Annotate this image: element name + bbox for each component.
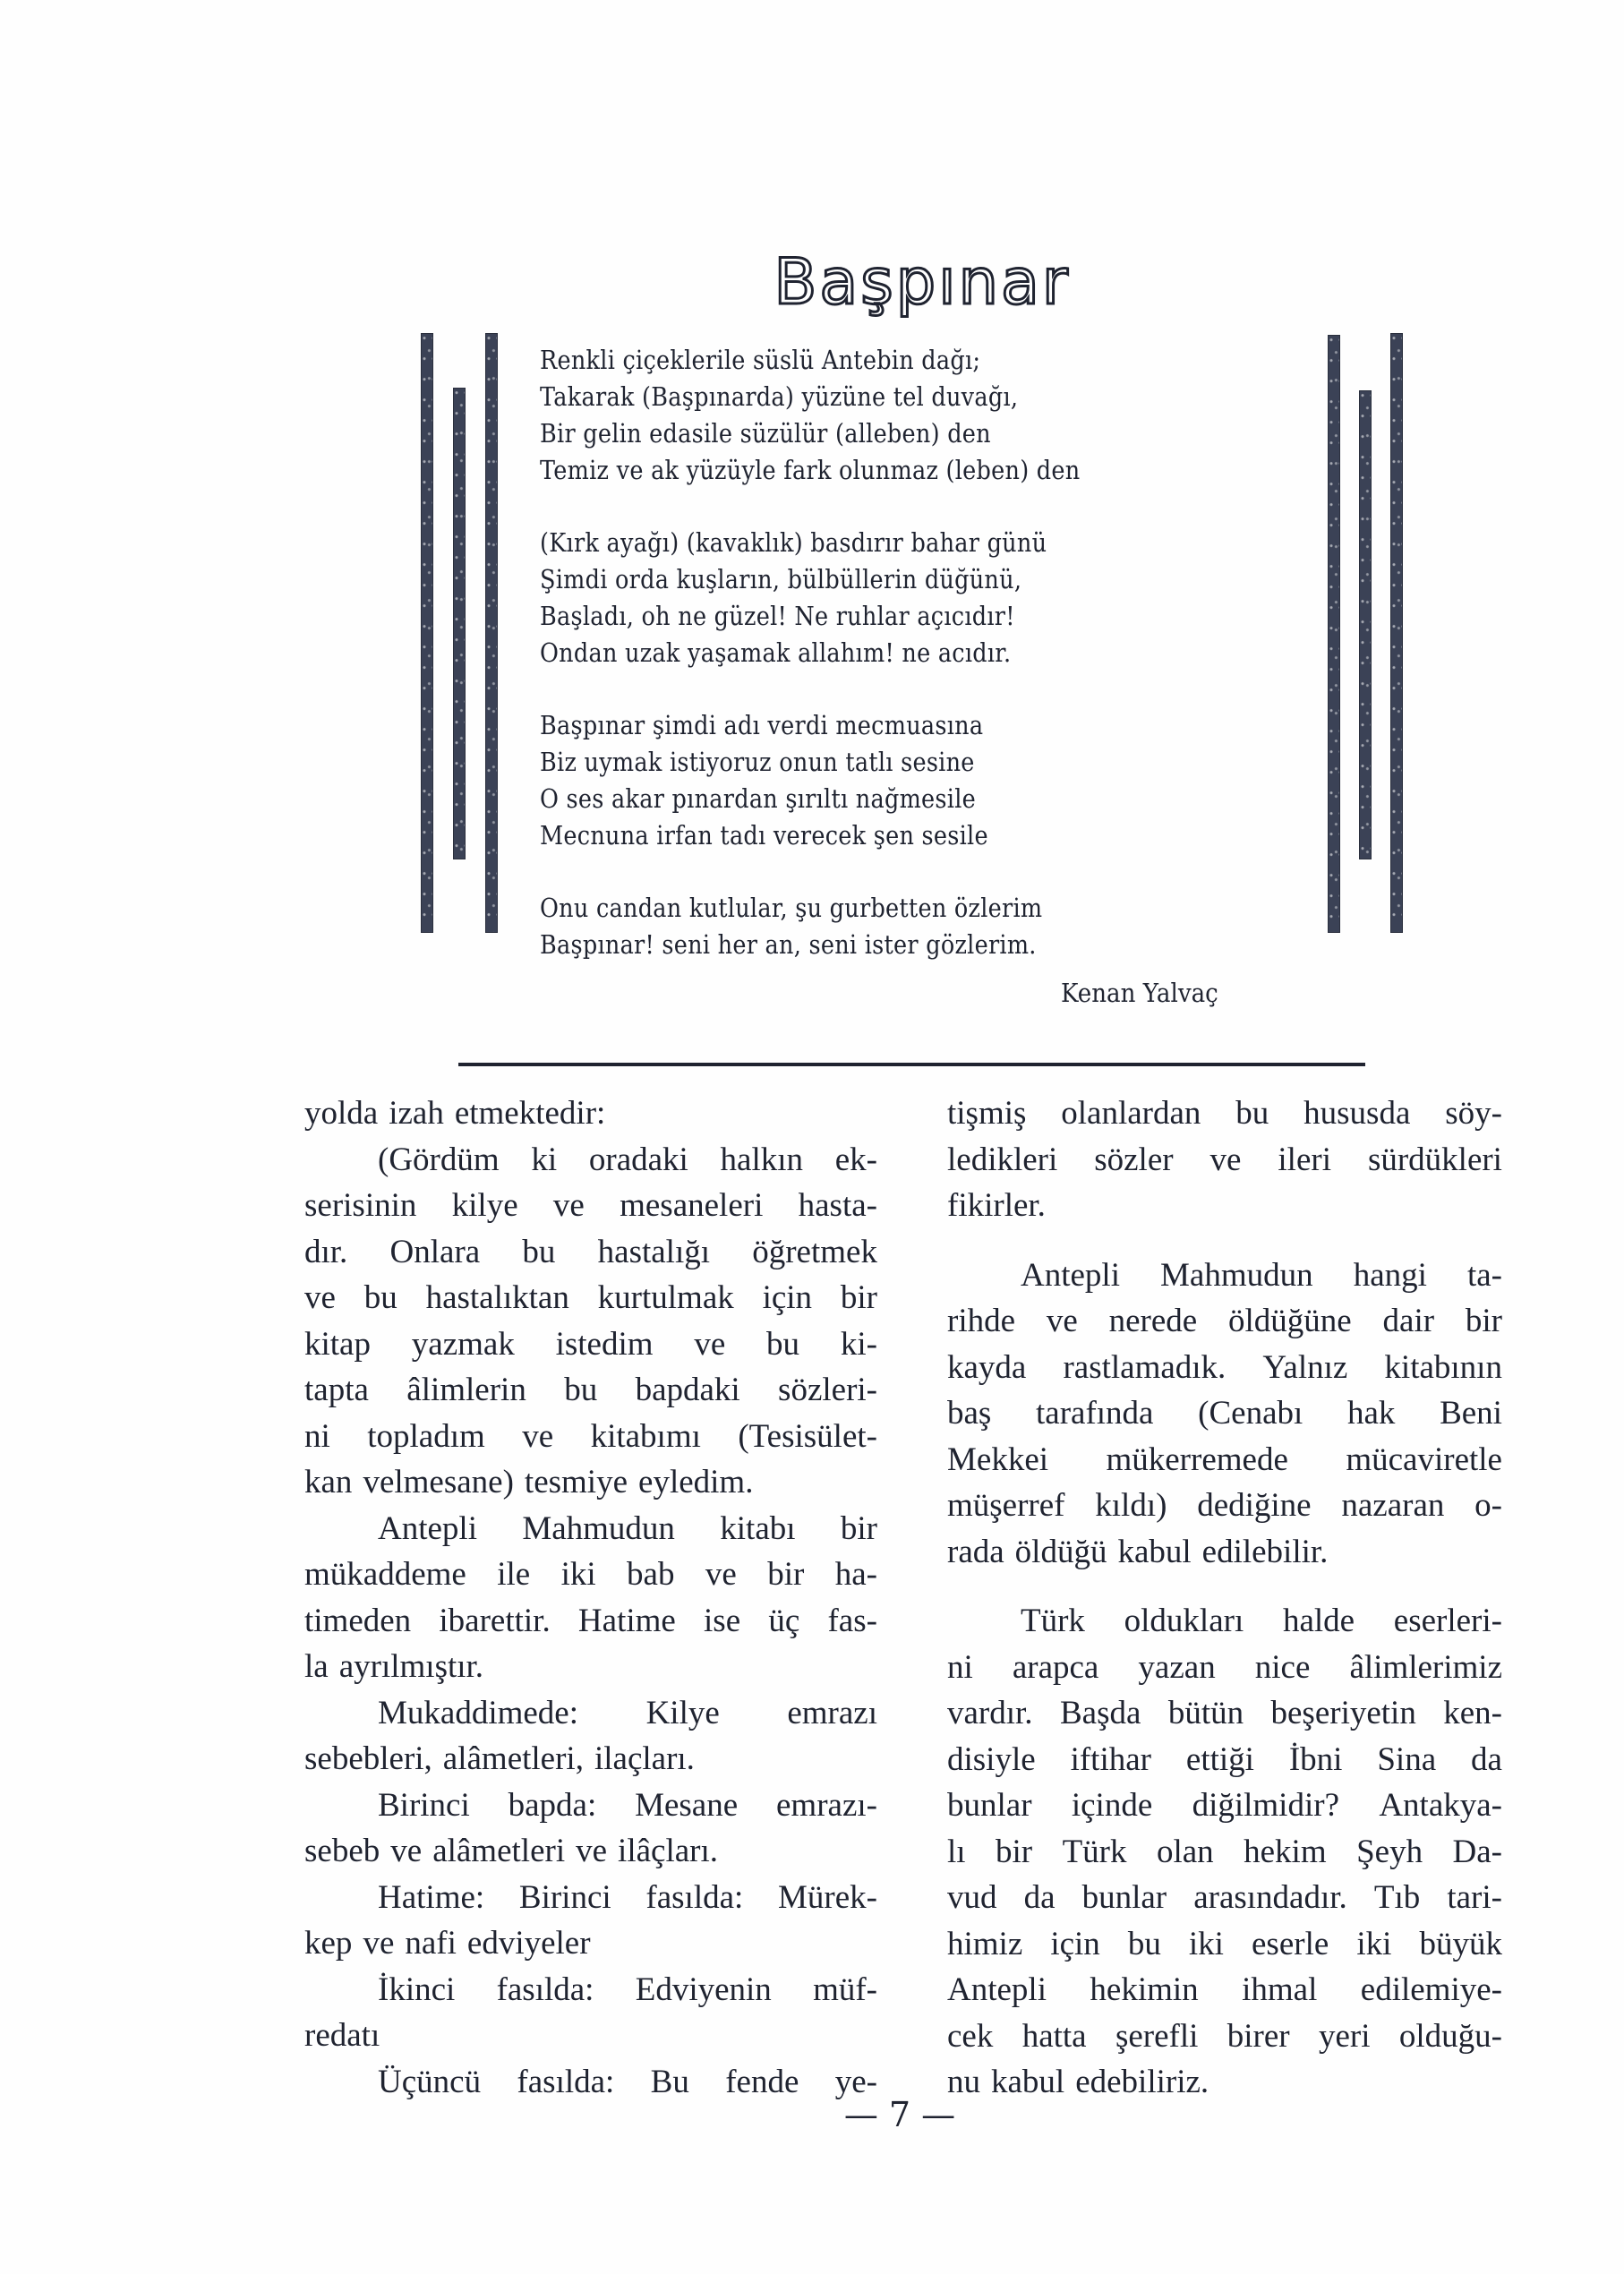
word: tapta: [304, 1367, 369, 1414]
word: kitap: [304, 1321, 371, 1368]
word: eserle: [1252, 1921, 1329, 1968]
word: yeri: [1319, 2013, 1371, 2060]
word: öldüğüne: [1228, 1298, 1352, 1345]
word: kep: [304, 1920, 352, 1967]
decorative-bar-right-inner: [1390, 333, 1403, 933]
word: yazan: [1138, 1645, 1215, 1691]
word: ha-: [835, 1552, 877, 1598]
word: kilye: [452, 1183, 518, 1229]
word: emrazı-: [776, 1782, 877, 1829]
word: bir: [841, 1506, 877, 1552]
word: iki: [1189, 1921, 1224, 1968]
word: rastlamadık.: [1063, 1345, 1226, 1391]
poem-stanza: Renkli çiçeklerile süslü Antebin dağı; T…: [540, 342, 1310, 489]
word: bütün: [1168, 1690, 1244, 1737]
word: nafi: [405, 1920, 457, 1967]
poem-line: Şimdi orda kuşların, bülbüllerin düğünü,: [540, 561, 1218, 598]
text-line: tişmişolanlardanbuhususdasöy-: [947, 1090, 1513, 1137]
word: etmektedir:: [455, 1090, 606, 1137]
word: hekim: [1244, 1829, 1326, 1876]
word: kurtulmak: [598, 1275, 734, 1321]
word: kitabının: [1384, 1345, 1502, 1391]
word: alâmetleri: [432, 1828, 565, 1875]
poem-body: Renkli çiçeklerile süslü Antebin dağı; T…: [540, 342, 1310, 999]
word: ve: [576, 1828, 607, 1875]
decorative-bar-right-outer: [1328, 335, 1340, 933]
word: redatı: [304, 2013, 380, 2059]
word: ta-: [1467, 1252, 1502, 1299]
word: ve: [694, 1321, 725, 1368]
text-line: kanvelmesane)tesmiyeeyledim.: [304, 1459, 888, 1506]
word: öldüğü: [1015, 1529, 1107, 1576]
article-column-left: yoldaizahetmektedir:(Gördümkioradakihalk…: [304, 1090, 888, 2105]
poem-line: O ses akar pınardan şırıltı nağmesile: [540, 781, 1218, 817]
word: (Tesisület-: [738, 1414, 877, 1460]
word: ile: [497, 1552, 530, 1598]
word: ve: [522, 1414, 553, 1460]
text-line: Birincibapda:Mesaneemrazı-: [304, 1782, 888, 1829]
word: emrazı: [787, 1690, 877, 1737]
word: olan: [1157, 1829, 1214, 1876]
word: nerede: [1109, 1298, 1198, 1345]
word: dır.: [304, 1229, 347, 1276]
document-page: Başpınar Renkli çiçeklerile süslü Antebi…: [0, 0, 1624, 2274]
word: Onlara: [390, 1229, 481, 1276]
text-line: kepvenafiedviyeler: [304, 1920, 888, 1967]
word: Birinci: [378, 1782, 470, 1829]
text-line: kaydarastlamadık.Yalnızkitabının: [947, 1345, 1513, 1391]
word: için: [1050, 1921, 1099, 1968]
word: ilâçları.: [618, 1828, 718, 1875]
word: Antepli: [947, 1967, 1047, 2013]
word: Türk: [1063, 1829, 1127, 1876]
word: Hatime:: [378, 1875, 484, 1921]
word: halkın: [721, 1137, 803, 1184]
text-line: vuddabunlararasındadır.Tıbtari-: [947, 1875, 1513, 1921]
word: eserleri-: [1394, 1598, 1502, 1645]
word: Beni: [1440, 1390, 1502, 1437]
word: Mesane: [635, 1782, 738, 1829]
word: nice: [1255, 1645, 1311, 1691]
word: ihmal: [1242, 1967, 1317, 2013]
word: Tıb: [1374, 1875, 1420, 1921]
word: Antepli: [378, 1506, 477, 1552]
text-line: lediklerisözlerveilerisürdükleri: [947, 1137, 1513, 1184]
word: Hatime: [578, 1598, 676, 1645]
word: bir: [1466, 1298, 1502, 1345]
text-line: bunlariçindediğilmidir?Antakya-: [947, 1782, 1513, 1829]
poem-stanza: (Kırk ayağı) (kavaklık) basdırır bahar g…: [540, 525, 1310, 671]
word: birer: [1227, 2013, 1290, 2060]
word: bab: [627, 1552, 674, 1598]
text-line: müşerrefkıldı)dediğinenazarano-: [947, 1483, 1513, 1529]
word: kıldı): [1095, 1483, 1167, 1529]
word: öğretmek: [752, 1229, 877, 1276]
decorative-bar-right-middle: [1359, 390, 1372, 859]
word: arapca: [1013, 1645, 1099, 1691]
text-line: Türkolduklarıhaldeeserleri-: [947, 1598, 1513, 1645]
word: kan: [304, 1459, 352, 1506]
text-line: nukabuledebiliriz.: [947, 2059, 1513, 2106]
poem-line: Ondan uzak yaşamak allahım! ne acıdır.: [540, 635, 1218, 671]
word: tişmiş: [947, 1090, 1026, 1137]
word: Mahmudun: [522, 1506, 675, 1552]
word: hekimin: [1090, 1967, 1198, 2013]
word: oldukları: [1124, 1598, 1244, 1645]
text-line: Mekkeimükerremedemücaviretle: [947, 1437, 1513, 1483]
word: ayrılmıştır.: [339, 1644, 483, 1690]
word: bunlar: [1082, 1875, 1167, 1921]
word: baş: [947, 1390, 991, 1437]
word: mükerremede: [1106, 1437, 1287, 1483]
paragraph-gap: [947, 1575, 1513, 1598]
word: iki: [1356, 1921, 1391, 1968]
word: İkinci: [378, 1967, 455, 2013]
poem-line: Renkli çiçeklerile süslü Antebin dağı;: [540, 342, 1218, 379]
word: tesmiye: [525, 1459, 628, 1506]
word: Kilye: [646, 1690, 720, 1737]
word: Antakya-: [1379, 1782, 1502, 1829]
poem-stanza: Onu candan kutlular, şu gurbetten özleri…: [540, 890, 1310, 963]
word: İbni: [1289, 1737, 1343, 1783]
text-line: vardır.Başdabütünbeşeriyetinken-: [947, 1690, 1513, 1737]
word: Sina: [1377, 1737, 1436, 1783]
word: mesaneleri: [620, 1183, 763, 1229]
word: bu: [1128, 1921, 1161, 1968]
word: yolda: [304, 1090, 378, 1137]
word: hususda: [1303, 1090, 1410, 1137]
word: sebeb: [304, 1828, 380, 1875]
word: ek-: [835, 1137, 877, 1184]
poem-line: Temiz ve ak yüzüyle fark olunmaz (leben)…: [540, 452, 1218, 489]
word: yazmak: [412, 1321, 515, 1368]
decorative-bar-left-middle: [453, 388, 466, 859]
word: kabul: [991, 2059, 1064, 2106]
word: edebiliriz.: [1075, 2059, 1209, 2106]
word: fasılda:: [645, 1875, 743, 1921]
word: Birinci: [519, 1875, 611, 1921]
word: şerefli: [1115, 2013, 1198, 2060]
word: Başda: [1060, 1690, 1141, 1737]
word: vud: [947, 1875, 997, 1921]
word: olduğu-: [1399, 2013, 1502, 2060]
text-line: radaöldüğükabuledilebilir.: [947, 1529, 1513, 1576]
text-line: fikirler.: [947, 1183, 1513, 1229]
word: Mahmudun: [1160, 1252, 1313, 1299]
word: bu: [364, 1275, 397, 1321]
word: topladım: [367, 1414, 485, 1460]
word: müf-: [813, 1967, 877, 2013]
word: Bu: [651, 2059, 689, 2106]
word: kabul: [1117, 1529, 1191, 1576]
word: ileri: [1278, 1137, 1331, 1184]
word: ledikleri: [947, 1137, 1057, 1184]
word: da: [1471, 1737, 1502, 1783]
word: sebebleri,: [304, 1736, 432, 1782]
text-line: kitapyazmakistedimvebuki-: [304, 1321, 888, 1368]
word: izah: [389, 1090, 444, 1137]
word: ve: [363, 1920, 394, 1967]
word: da: [1024, 1875, 1056, 1921]
poem-line: Başpınar! seni her an, seni ister gözler…: [540, 927, 1218, 963]
word: diğilmidir?: [1192, 1782, 1339, 1829]
poem-stanza: Başpınar şimdi adı verdi mecmuasına Biz …: [540, 707, 1310, 854]
word: Şeyh: [1356, 1829, 1423, 1876]
word: rada: [947, 1529, 1004, 1576]
word: sözler: [1094, 1137, 1173, 1184]
word: ise: [704, 1598, 740, 1645]
poem-title: Başpınar: [734, 242, 1110, 322]
word: fasılda:: [517, 2059, 614, 2106]
text-line: cekhattaşereflibireryeriolduğu-: [947, 2013, 1513, 2060]
word: bunlar: [947, 1782, 1032, 1829]
word: tari-: [1447, 1875, 1502, 1921]
word: lı: [947, 1829, 966, 1876]
word: ettiği: [1186, 1737, 1254, 1783]
word: üç: [768, 1598, 799, 1645]
word: bapda:: [509, 1782, 597, 1829]
poem-line: Onu candan kutlular, şu gurbetten özleri…: [540, 890, 1218, 927]
text-line: vebuhastalıktankurtulmakiçinbir: [304, 1275, 888, 1321]
word: bu: [522, 1229, 555, 1276]
word: içinde: [1072, 1782, 1152, 1829]
word: bir: [841, 1275, 877, 1321]
text-line: niarapcayazanniceâlimlerimiz: [947, 1645, 1513, 1691]
text-line: lıbirTürkolanhekimŞeyhDa-: [947, 1829, 1513, 1876]
word: rihde: [947, 1298, 1015, 1345]
word: kitabımı: [591, 1414, 701, 1460]
word: ve: [553, 1183, 585, 1229]
word: dediğine: [1197, 1483, 1311, 1529]
text-line: İkincifasılda:Edviyeninmüf-: [304, 1967, 888, 2013]
poem-line: (Kırk ayağı) (kavaklık) basdırır bahar g…: [540, 525, 1218, 561]
word: hastalığı: [598, 1229, 710, 1276]
word: kitabı: [720, 1506, 795, 1552]
word: Mürek-: [778, 1875, 877, 1921]
text-line: mükaddemeileikibabvebirha-: [304, 1552, 888, 1598]
word: serisinin: [304, 1183, 416, 1229]
text-line: timedenibarettir.Hatimeiseüçfas-: [304, 1598, 888, 1645]
text-line: sebebleri,alâmetleri,ilaçları.: [304, 1736, 888, 1782]
word: hatta: [1022, 2013, 1087, 2060]
word: bu: [1235, 1090, 1269, 1137]
poem-line: Bir gelin edasile süzülür (alleben) den: [540, 415, 1218, 452]
word: disiyle: [947, 1737, 1036, 1783]
word: fikirler.: [947, 1183, 1046, 1229]
text-line: Anteplihekiminihmaledilemiye-: [947, 1967, 1513, 2013]
word: olanlardan: [1061, 1090, 1201, 1137]
text-line: (Gördümkioradakihalkınek-: [304, 1137, 888, 1184]
word: sürdükleri: [1368, 1137, 1502, 1184]
word: halde: [1283, 1598, 1355, 1645]
word: istedim: [556, 1321, 654, 1368]
text-line: AntepliMahmudunhangita-: [947, 1252, 1513, 1299]
word: edilemiye-: [1361, 1967, 1502, 2013]
word: iftihar: [1071, 1737, 1151, 1783]
word: büyük: [1419, 1921, 1502, 1968]
word: Türk: [1021, 1598, 1085, 1645]
word: âlimlerin: [406, 1367, 526, 1414]
word: beşeriyetin: [1271, 1690, 1416, 1737]
word: hastalıktan: [426, 1275, 569, 1321]
word: ve: [1210, 1137, 1242, 1184]
word: bir: [767, 1552, 804, 1598]
text-line: Hatime:Birincifasılda:Mürek-: [304, 1875, 888, 1921]
word: nazaran: [1341, 1483, 1444, 1529]
word: bu: [766, 1321, 799, 1368]
word: ve: [304, 1275, 336, 1321]
word: bapdaki: [636, 1367, 740, 1414]
word: ki: [531, 1137, 557, 1184]
text-line: Mukaddimede:Kilyeemrazı: [304, 1690, 888, 1737]
word: ilaçları.: [594, 1736, 695, 1782]
word: mükaddeme: [304, 1552, 466, 1598]
poem-line: Başladı, oh ne güzel! Ne ruhlar açıcıdır…: [540, 598, 1218, 635]
word: dair: [1383, 1298, 1435, 1345]
word: ni: [947, 1645, 973, 1691]
word: tarafında: [1036, 1390, 1153, 1437]
word: la: [304, 1644, 329, 1690]
poem-line: Takarak (Başpınarda) yüzüne tel duvağı,: [540, 379, 1218, 415]
word: mücaviretle: [1346, 1437, 1502, 1483]
word: ibarettir.: [439, 1598, 550, 1645]
poem-line: Mecnuna irfan tadı verecek şen sesile: [540, 817, 1218, 854]
text-line: laayrılmıştır.: [304, 1644, 888, 1690]
word: ve: [390, 1828, 422, 1875]
word: ve: [705, 1552, 737, 1598]
word: ki-: [841, 1321, 877, 1368]
text-line: serisininkilyevemesanelerihasta-: [304, 1183, 888, 1229]
text-line: sebebvealâmetleriveilâçları.: [304, 1828, 888, 1875]
poem-line: Biz uymak istiyoruz onun tatlı sesine: [540, 744, 1218, 781]
word: ve: [1047, 1298, 1078, 1345]
word: velmesane): [363, 1459, 513, 1506]
word: himiz: [947, 1921, 1022, 1968]
word: alâmetleri,: [443, 1736, 584, 1782]
article-column-right: tişmişolanlardanbuhususdasöy-lediklerisö…: [947, 1090, 1513, 2106]
word: fas-: [827, 1598, 876, 1645]
poem-line: Başpınar şimdi adı verdi mecmuasına: [540, 707, 1218, 744]
decorative-bar-left-outer: [421, 333, 433, 933]
word: Mekkei: [947, 1437, 1048, 1483]
text-line: redatı: [304, 2013, 888, 2059]
word: Üçüncü: [378, 2059, 481, 2106]
word: âlimlerimiz: [1349, 1645, 1502, 1691]
text-line: dır.Onlarabuhastalığıöğretmek: [304, 1229, 888, 1276]
word: (Gördüm: [378, 1137, 500, 1184]
word: söy-: [1445, 1090, 1502, 1137]
word: müşerref: [947, 1483, 1065, 1529]
word: vardır.: [947, 1690, 1033, 1737]
word: fasılda:: [497, 1967, 594, 2013]
word: timeden: [304, 1598, 411, 1645]
word: hangi: [1354, 1252, 1427, 1299]
word: (Cenabı: [1198, 1390, 1303, 1437]
word: hak: [1347, 1390, 1395, 1437]
section-divider: [458, 1063, 1365, 1066]
word: Mukaddimede:: [378, 1690, 578, 1737]
page-number: — 7 —: [810, 2095, 989, 2134]
text-line: disiyleiftiharettiğiİbniSinada: [947, 1737, 1513, 1783]
text-line: nitopladımvekitabımı(Tesisület-: [304, 1414, 888, 1460]
word: fende: [725, 2059, 799, 2106]
word: bu: [564, 1367, 597, 1414]
text-line: taptaâlimlerinbubapdakisözleri-: [304, 1367, 888, 1414]
word: ken-: [1443, 1690, 1502, 1737]
word: sözleri-: [778, 1367, 877, 1414]
word: için: [763, 1275, 812, 1321]
word: cek: [947, 2013, 993, 2060]
word: kayda: [947, 1345, 1026, 1391]
decorative-bar-left-inner: [485, 333, 498, 933]
word: Yalnız: [1262, 1345, 1347, 1391]
text-line: rihdeveneredeöldüğünedairbir: [947, 1298, 1513, 1345]
word: Edviyenin: [636, 1967, 772, 2013]
text-line: himiziçinbuikieserleikibüyük: [947, 1921, 1513, 1968]
word: oradaki: [589, 1137, 688, 1184]
word: o-: [1474, 1483, 1502, 1529]
word: hasta-: [799, 1183, 877, 1229]
text-line: AntepliMahmudunkitabıbir: [304, 1506, 888, 1552]
word: edilebilir.: [1202, 1529, 1329, 1576]
text-line: Üçüncüfasılda:Bufendeye-: [304, 2059, 888, 2106]
text-line: baştarafında(CenabıhakBeni: [947, 1390, 1513, 1437]
text-line: yoldaizahetmektedir:: [304, 1090, 888, 1137]
paragraph-gap: [947, 1229, 1513, 1252]
word: iki: [561, 1552, 596, 1598]
word: eyledim.: [638, 1459, 753, 1506]
word: Da-: [1453, 1829, 1502, 1876]
word: Antepli: [1021, 1252, 1120, 1299]
word: edviyeler: [467, 1920, 591, 1967]
word: ni: [304, 1414, 330, 1460]
word: arasındadır.: [1193, 1875, 1347, 1921]
word: bir: [996, 1829, 1032, 1876]
poem-author: Kenan Yalvaç: [1061, 978, 1218, 1008]
